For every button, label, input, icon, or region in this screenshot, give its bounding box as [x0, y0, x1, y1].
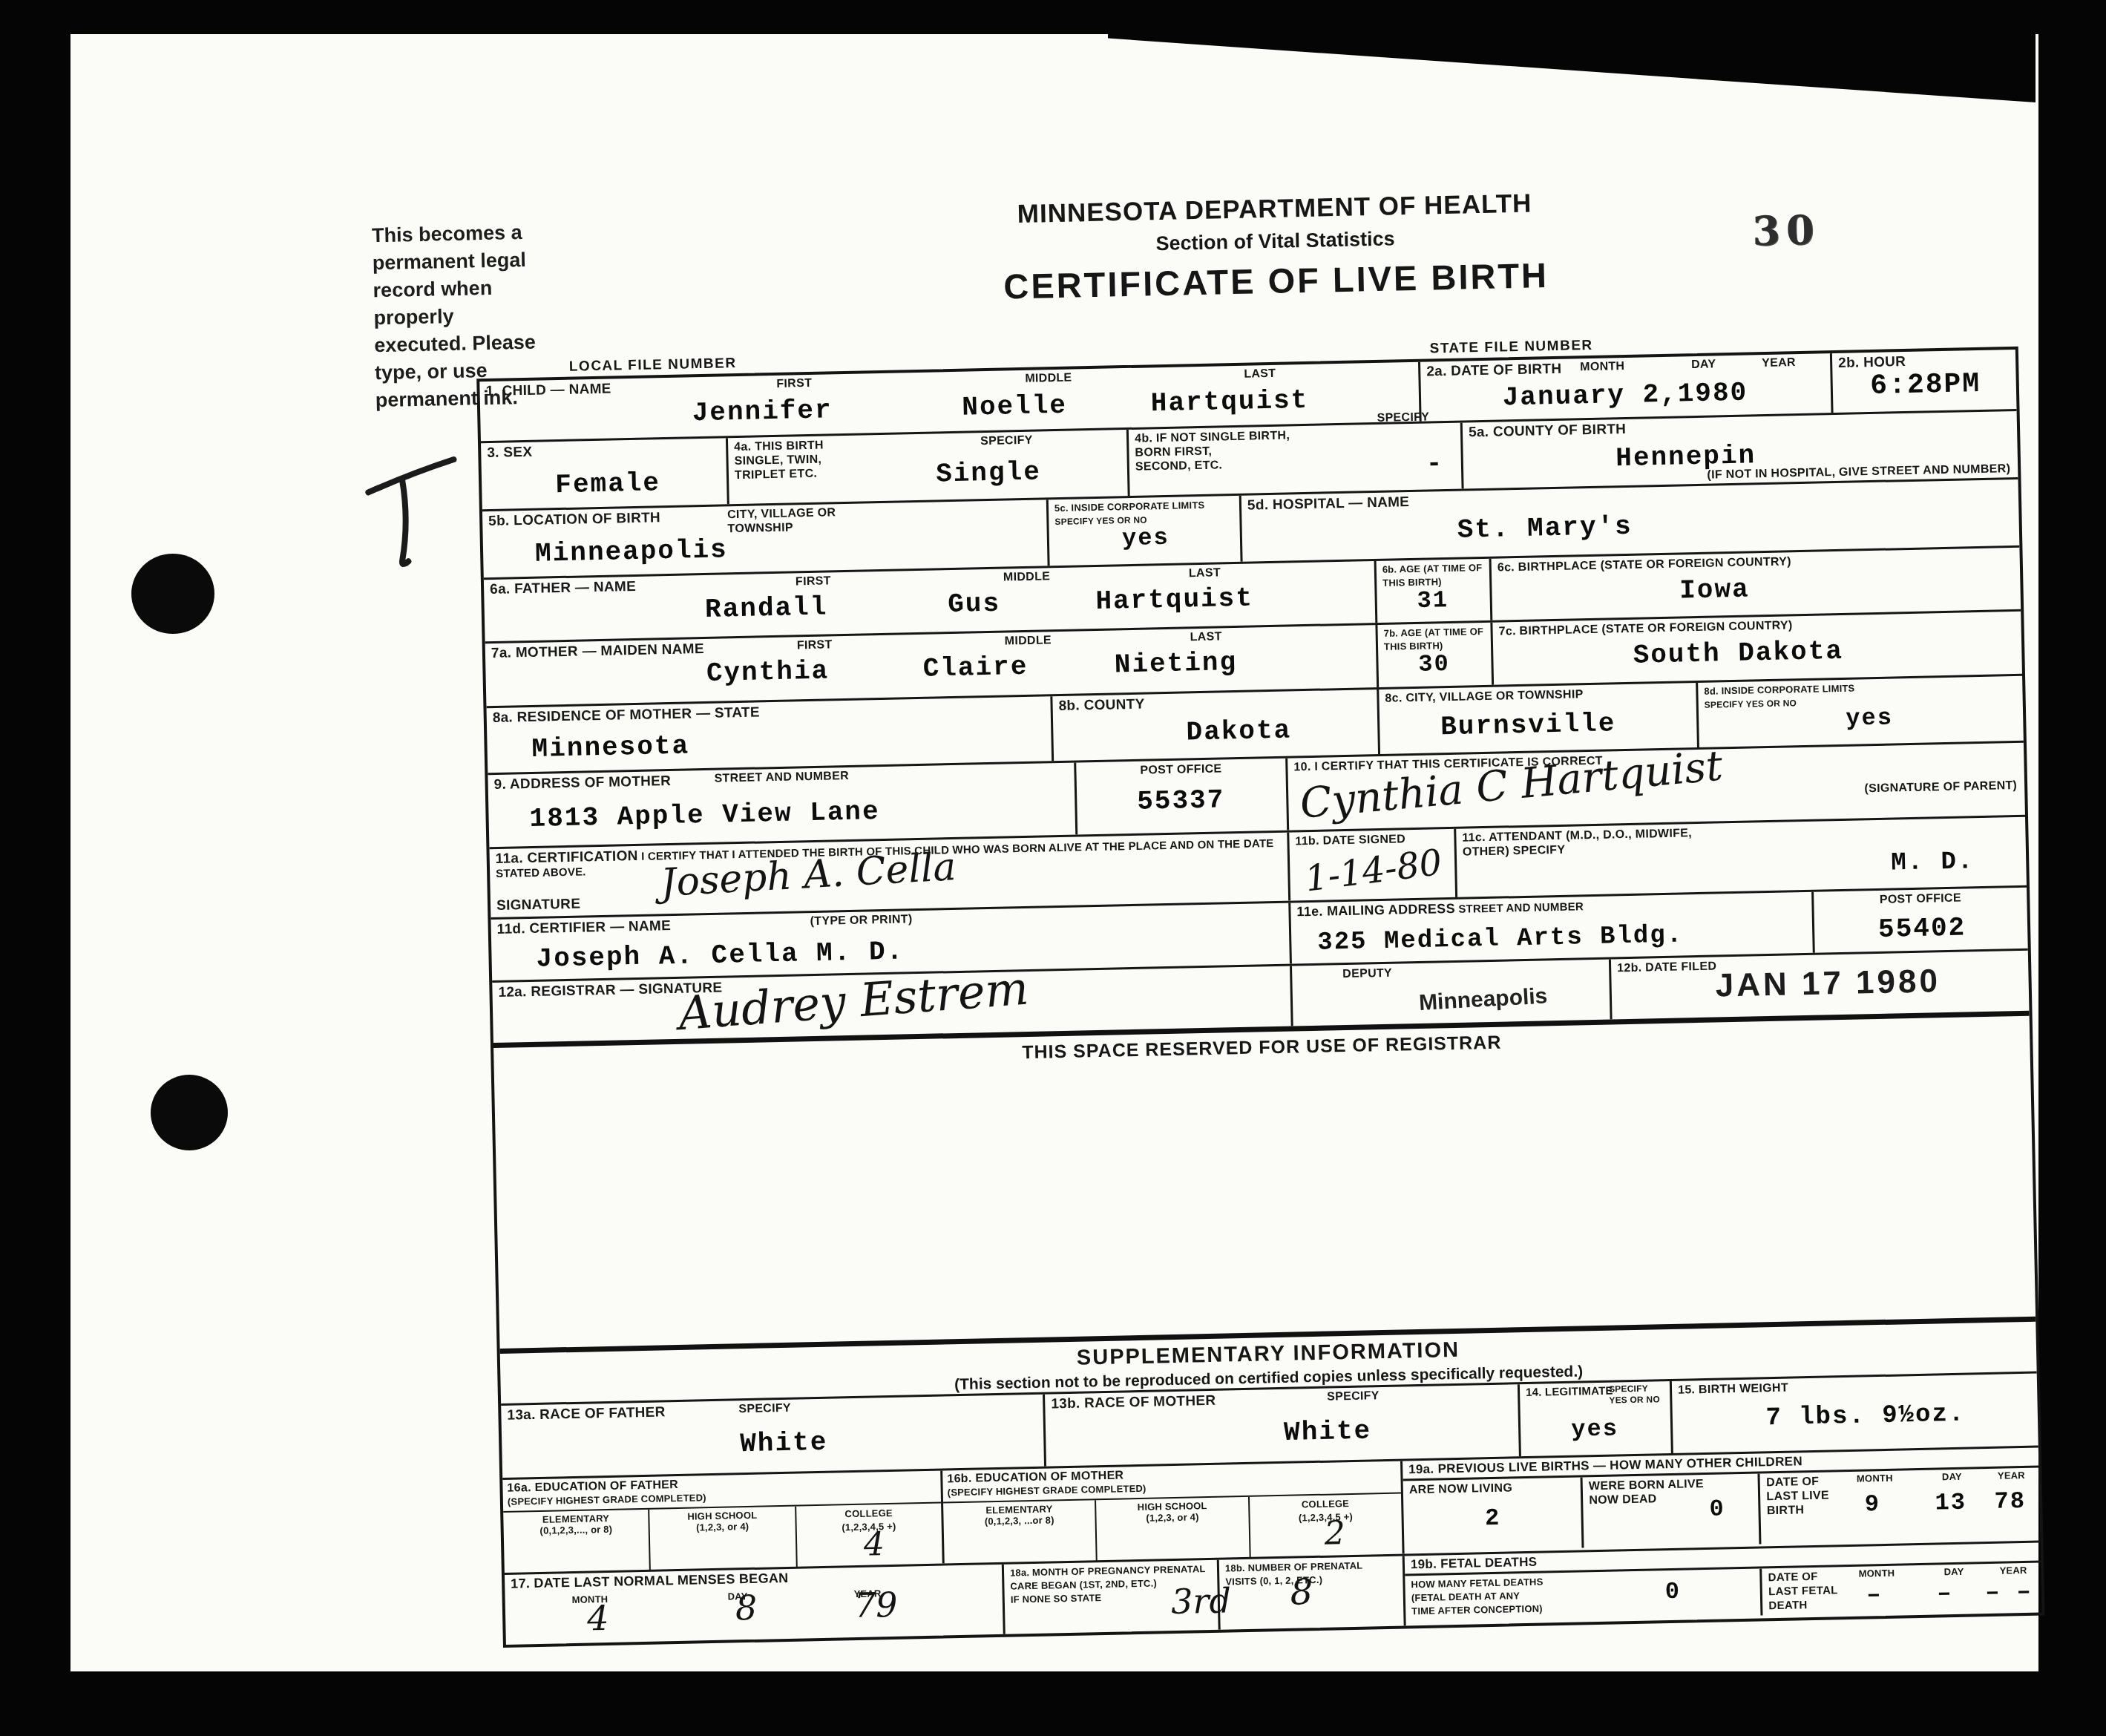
field-how-many-fetal-deaths: HOW MANY FETAL DEATHS (FETAL DEATH AT AN… [1405, 1568, 1761, 1622]
father-last-name: Hartquist [1095, 583, 1253, 617]
field-last-live-birth: DATE OF LAST LIVE BIRTH MONTH DAY YEAR 9… [1758, 1468, 2041, 1545]
sex-value: Female [555, 468, 660, 500]
middle-header: MIDDLE [1025, 371, 1072, 386]
residence-state-value: Minnesota [531, 730, 689, 764]
llb-month-value: 9 [1864, 1490, 1880, 1518]
race-mother-specify: SPECIFY [1327, 1389, 1380, 1403]
race-father-value: White [740, 1427, 828, 1459]
mother-last-header: LAST [1190, 629, 1222, 644]
dob-day-header: DAY [1691, 357, 1716, 372]
father-middle-name: Gus [948, 589, 1001, 620]
hole-punch-top [131, 554, 214, 634]
lfd-year-header: YEAR [1999, 1565, 2027, 1576]
not-single-birth-value: - [1426, 448, 1443, 479]
corporate-limits-label: 5c. INSIDE CORPORATE LIMITS [1054, 499, 1205, 514]
child-name-label: 1. CHILD — NAME [485, 381, 611, 400]
father-age-label: 6b. AGE (AT TIME OF THIS BIRTH) [1382, 562, 1483, 589]
llb-day-header: DAY [1942, 1471, 1962, 1483]
residence-city-value: Burnsville [1440, 708, 1616, 742]
field-menses: 17. DATE LAST NORMAL MENSES BEGAN MONTH … [505, 1565, 1003, 1645]
father-birthplace-label: 6c. BIRTHPLACE (STATE OR FOREIGN COUNTRY… [1498, 555, 1791, 574]
field-prenatal-care: 18a. MONTH OF PREGNANCY PRENATAL CARE BE… [1002, 1560, 1218, 1634]
llb-year-header: YEAR [1998, 1470, 2025, 1481]
field-mailing-post-office: POST OFFICE 55402 [1811, 888, 2028, 953]
field-location-of-birth: 5b. LOCATION OF BIRTH CITY, VILLAGE OR T… [482, 499, 1048, 577]
education-father-sub-label: (SPECIFY HIGHEST GRADE COMPLETED) [508, 1492, 706, 1507]
mailing-address-value: 325 Medical Arts Bldg. [1317, 921, 1684, 957]
last-fetal-death-label: DATE OF LAST FETAL DEATH [1768, 1570, 1838, 1612]
location-label: 5b. LOCATION OF BIRTH [488, 510, 660, 529]
field-mother-address-post-office: POST OFFICE 55337 [1074, 759, 1287, 835]
hour-value: 6:28PM [1870, 368, 1981, 402]
mailing-address-label: 11e. MAILING ADDRESS [1296, 901, 1455, 919]
field-education-mother: 16b. EDUCATION OF MOTHER (SPECIFY HIGHES… [940, 1461, 1402, 1564]
field-father-age: 6b. AGE (AT TIME OF THIS BIRTH) 31 [1374, 559, 1491, 623]
education-father-college: COLLEGE (1,2,3,4,5 +) 4 [795, 1504, 942, 1568]
attendant-label: 11c. ATTENDANT (M.D., D.O., MIDWIFE, OTH… [1462, 827, 1692, 858]
field-date-of-birth: 2a. DATE OF BIRTH MONTH DAY YEAR January… [1418, 353, 1831, 422]
field-residence-city: 8c. CITY, VILLAGE OR TOWNSHIP Burnsville [1377, 683, 1697, 754]
legitimate-value: yes [1571, 1415, 1618, 1443]
father-last-header: LAST [1189, 566, 1221, 580]
not-single-specify-header: SPECIFY [1377, 410, 1429, 425]
menses-year-value: 79 [853, 1585, 898, 1625]
llb-month-header: MONTH [1857, 1473, 1893, 1484]
field-father-birthplace: 6c. BIRTHPLACE (STATE OR FOREIGN COUNTRY… [1489, 548, 2021, 620]
certification-label: 11a. CERTIFICATION [496, 848, 638, 867]
residence-corp-label: 8d. INSIDE CORPORATE LIMITS [1704, 683, 1854, 697]
father-first-name: Randall [705, 592, 828, 625]
scanned-document: This becomes a permanent legal record wh… [0, 0, 2106, 1736]
residence-city-label: 8c. CITY, VILLAGE OR TOWNSHIP [1385, 688, 1583, 705]
location-sub-label: CITY, VILLAGE OR TOWNSHIP [727, 505, 836, 536]
signature-of-parent-label: (SIGNATURE OF PARENT) [1864, 779, 2017, 796]
mother-middle-header: MIDDLE [1005, 633, 1052, 648]
last-live-birth-label: DATE OF LAST LIVE BIRTH [1766, 1475, 1829, 1517]
mother-address-label: 9. ADDRESS OF MOTHER [493, 773, 671, 793]
father-age-value: 31 [1417, 586, 1449, 615]
field-mailing-address: 11e. MAILING ADDRESS STREET AND NUMBER 3… [1288, 892, 1813, 964]
mother-age-value: 30 [1418, 650, 1450, 678]
document-title: CERTIFICATE OF LIVE BIRTH [901, 252, 1651, 309]
lfd-day-value: – [1937, 1579, 1953, 1607]
education-mother-high-school: HIGH SCHOOL (1,2,3, or 4) [1095, 1497, 1249, 1561]
field-this-birth: 4a. THIS BIRTH SINGLE, TWIN, TRIPLET ETC… [726, 430, 1128, 504]
birth-weight-label: 15. BIRTH WEIGHT [1678, 1382, 1788, 1397]
race-mother-value: White [1284, 1415, 1372, 1447]
residence-county-label: 8b. COUNTY [1058, 697, 1144, 714]
registrar-blank-space [494, 1047, 2036, 1349]
corporate-limits-value: yes [1122, 524, 1170, 552]
education-father-label: 16a. EDUCATION OF FATHER [507, 1478, 678, 1495]
mother-first-name: Cynthia [706, 655, 830, 688]
first-header: FIRST [776, 376, 812, 391]
legitimate-label: 14. LEGITIMATE [1526, 1385, 1613, 1399]
local-file-number-label: LOCAL FILE NUMBER [569, 356, 737, 376]
mother-name-label: 7a. MOTHER — MAIDEN NAME [491, 641, 704, 661]
dob-value: January 2,1980 [1502, 377, 1748, 413]
last-header: LAST [1244, 367, 1276, 381]
post-office-header: POST OFFICE [1082, 761, 1279, 779]
now-living-value: 2 [1485, 1504, 1501, 1532]
handwritten-t-mark [361, 449, 468, 577]
field-parent-certification: 10. I CERTIFY THAT THIS CERTIFICATE IS C… [1285, 743, 2025, 831]
deputy-label: DEPUTY [1342, 967, 1392, 980]
county-of-birth-label: 5a. COUNTY OF BIRTH [1469, 422, 1627, 440]
mother-age-label: 7b. AGE (AT TIME OF THIS BIRTH) [1383, 626, 1483, 652]
now-living-label: ARE NOW LIVING [1409, 1481, 1513, 1496]
certificate-page: This becomes a permanent legal record wh… [70, 34, 2038, 1671]
llb-year-value: 78 [1994, 1487, 2026, 1516]
date-signed-value: 1-14-80 [1303, 842, 1445, 900]
certificate-form: 1. CHILD — NAME FIRST MIDDLE LAST Jennif… [476, 347, 2044, 1648]
field-mother-birthplace: 7c. BIRTHPLACE (STATE OR FOREIGN COUNTRY… [1490, 612, 2022, 685]
stamp-page-number: 30 [1752, 206, 1820, 255]
field-hour: 2b. HOUR 6:28PM [1830, 350, 2017, 413]
child-last-name: Hartquist [1150, 385, 1308, 419]
this-birth-label: 4a. THIS BIRTH SINGLE, TWIN, TRIPLET ETC… [734, 439, 824, 482]
deputy-value: Minneapolis [1418, 983, 1548, 1016]
race-mother-label: 13b. RACE OF MOTHER [1051, 1393, 1216, 1412]
child-first-name: Jennifer [692, 395, 833, 428]
attendant-value: M. D. [1891, 848, 1975, 877]
now-dead-value: 0 [1709, 1495, 1725, 1522]
location-value: Minneapolis [535, 534, 728, 569]
llb-day-value: 13 [1935, 1489, 1966, 1517]
field-birth-weight: 15. BIRTH WEIGHT 7 lbs. 9½oz. [1670, 1374, 2038, 1453]
field-mother-address: 9. ADDRESS OF MOTHER STREET AND NUMBER 1… [488, 763, 1075, 848]
registrar-space-banner-text: THIS SPACE RESERVED FOR USE OF REGISTRAR [1022, 1032, 1502, 1064]
hospital-value: St. Mary's [1457, 511, 1633, 546]
page-content: This becomes a permanent legal record wh… [50, 0, 2052, 1671]
mailing-street-header: STREET AND NUMBER [1458, 900, 1584, 916]
mother-middle-name: Claire [922, 652, 1028, 684]
state-file-number-label: STATE FILE NUMBER [1429, 338, 1592, 358]
dob-year-header: YEAR [1762, 356, 1796, 370]
education-father-college-value: 4 [863, 1525, 885, 1564]
dob-month-header: MONTH [1580, 359, 1625, 374]
dob-label: 2a. DATE OF BIRTH [1426, 361, 1561, 380]
birth-weight-value: 7 lbs. 9½oz. [1765, 1401, 1966, 1433]
mother-birthplace-value: South Dakota [1633, 636, 1843, 671]
legitimate-sub-label: SPECIFY YES OR NO [1609, 1383, 1660, 1406]
field-corporate-limits-birth: 5c. INSIDE CORPORATE LIMITS SPECIFY YES … [1046, 496, 1241, 566]
certifier-name-value: Joseph A. Cella M. D. [536, 936, 904, 974]
date-filed-stamp: JAN 17 1980 [1715, 963, 1941, 1004]
lfd-month-value: – [1866, 1581, 1883, 1608]
hospital-label: 5d. HOSPITAL — NAME [1247, 494, 1410, 514]
certifier-name-label: 11d. CERTIFIER — NAME [497, 918, 672, 937]
father-name-label: 6a. FATHER — NAME [490, 579, 636, 597]
field-residence-corporate-limits: 8d. INSIDE CORPORATE LIMITS SPECIFY YES … [1696, 676, 2024, 747]
field-deputy: DEPUTY Minneapolis [1290, 960, 1610, 1026]
field-residence-state: 8a. RESIDENCE OF MOTHER — STATE Minnesot… [486, 696, 1052, 773]
hour-label: 2b. HOUR [1838, 354, 1906, 371]
lfd-day-header: DAY [1943, 1566, 1964, 1578]
lfd-month-header: MONTH [1858, 1568, 1895, 1579]
field-date-signed: 11b. DATE SIGNED 1-14-80 [1287, 829, 1455, 901]
education-mother-elementary: ELEMENTARY (0,1,2,3, ...or 8) [943, 1500, 1096, 1564]
field-date-filed: 12b. DATE FILED JAN 17 1980 [1609, 951, 2030, 1020]
document-header: MINNESOTA DEPARTMENT OF HEALTH Section o… [899, 186, 1651, 309]
field-race-mother: 13b. RACE OF MOTHER SPECIFY White [1043, 1384, 1519, 1466]
lfd-year-value: – – [1985, 1578, 2033, 1606]
field-now-dead: WERE BORN ALIVE NOW DEAD 0 [1581, 1474, 1759, 1548]
mother-birthplace-label: 7c. BIRTHPLACE (STATE OR FOREIGN COUNTRY… [1498, 619, 1792, 638]
education-father-elementary: ELEMENTARY (0,1,2,3,..., or 8) [503, 1510, 649, 1573]
field-mother-age: 7b. AGE (AT TIME OF THIS BIRTH) 30 [1375, 623, 1492, 687]
field-previous-live-births: 19a. PREVIOUS LIVE BIRTHS — HOW MANY OTH… [1400, 1448, 2040, 1554]
field-fetal-deaths: 19b. FETAL DEATHS HOW MANY FETAL DEATHS … [1403, 1543, 2042, 1626]
street-number-header: STREET AND NUMBER [714, 769, 849, 786]
father-middle-header: MIDDLE [1003, 569, 1051, 584]
field-attendant: 11c. ATTENDANT (M.D., D.O., MIDWIFE, OTH… [1454, 817, 2027, 897]
now-dead-label: WERE BORN ALIVE NOW DEAD [1589, 1478, 1704, 1507]
type-or-print-label: (TYPE OR PRINT) [810, 912, 912, 928]
field-sex: 3. SEX Female [481, 438, 727, 509]
father-first-header: FIRST [796, 574, 831, 589]
mother-address-value: 1813 Apple View Lane [529, 796, 880, 834]
residence-county-value: Dakota [1186, 715, 1291, 747]
education-mother-sub-label: (SPECIFY HIGHEST GRADE COMPLETED) [948, 1483, 1147, 1498]
race-father-specify: SPECIFY [738, 1401, 791, 1416]
prenatal-care-value: 3rd [1171, 1580, 1232, 1622]
mother-first-header: FIRST [797, 638, 833, 652]
field-not-single-birth: 4b. IF NOT SINGLE BIRTH, BORN FIRST, SEC… [1126, 423, 1462, 496]
education-mother-college-value: 2 [1324, 1514, 1345, 1553]
field-education-father: 16a. EDUCATION OF FATHER (SPECIFY HIGHES… [502, 1471, 942, 1573]
education-mother-label: 16b. EDUCATION OF MOTHER [947, 1469, 1123, 1485]
education-mother-college: COLLEGE (1,2,3,4,5 +) 2 [1248, 1494, 1403, 1558]
how-many-fetal-deaths-label: HOW MANY FETAL DEATHS (FETAL DEATH AT AN… [1411, 1576, 1543, 1617]
not-single-birth-label: 4b. IF NOT SINGLE BIRTH, BORN FIRST, SEC… [1135, 429, 1290, 473]
sex-label: 3. SEX [487, 445, 532, 461]
education-father-high-school: HIGH SCHOOL (1,2,3, or 4) [648, 1507, 796, 1570]
field-prenatal-visits: 18b. NUMBER OF PRENATAL VISITS (0, 1, 2,… [1217, 1556, 1404, 1630]
field-residence-county: 8b. COUNTY Dakota [1050, 690, 1378, 761]
mother-last-name: Nieting [1114, 647, 1237, 680]
menses-month-value: 4 [587, 1598, 609, 1639]
hole-punch-bottom [151, 1075, 228, 1150]
how-many-fetal-deaths-value: 0 [1664, 1578, 1681, 1605]
this-birth-value: Single [936, 456, 1041, 489]
date-filed-label: 12b. DATE FILED [1617, 960, 1716, 975]
date-signed-label: 11b. DATE SIGNED [1295, 833, 1405, 848]
this-birth-specify-header: SPECIFY [980, 433, 1033, 448]
menses-day-value: 8 [735, 1588, 757, 1628]
child-middle-name: Noelle [962, 390, 1067, 423]
residence-corp-sub-label: SPECIFY YES OR NO [1705, 698, 1797, 710]
field-last-fetal-death: DATE OF LAST FETAL DEATH MONTH DAY YEAR … [1759, 1563, 2041, 1616]
certification-signature-label: SIGNATURE [496, 897, 581, 914]
residence-state-label: 8a. RESIDENCE OF MOTHER — STATE [493, 704, 761, 726]
field-legitimate: 14. LEGITIMATE SPECIFY YES OR NO yes [1518, 1381, 1671, 1456]
residence-corp-value: yes [1846, 704, 1893, 732]
field-race-father: 13a. RACE OF FATHER SPECIFY White [501, 1395, 1044, 1478]
mailing-post-office-value: 55402 [1878, 912, 1966, 944]
race-father-label: 13a. RACE OF FATHER [507, 1404, 666, 1423]
field-now-living: ARE NOW LIVING 2 [1403, 1478, 1582, 1552]
mailing-post-office-header: POST OFFICE [1820, 890, 2021, 908]
father-birthplace-value: Iowa [1679, 574, 1750, 606]
mother-post-office-value: 55337 [1137, 785, 1225, 816]
prenatal-visits-value: 8 [1290, 1571, 1313, 1614]
